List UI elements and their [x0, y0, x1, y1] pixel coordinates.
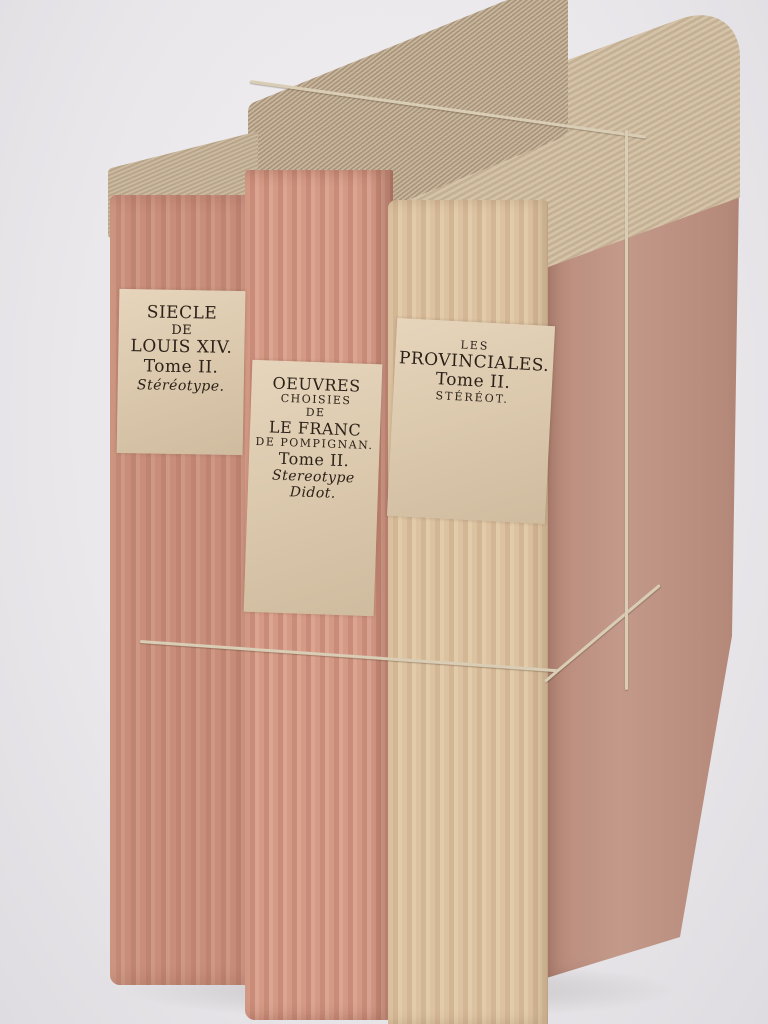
twine-vertical	[625, 130, 628, 690]
spine-label-left: SIECLE DE LOUIS XIV. Tome II. Stéréotype…	[117, 289, 246, 455]
label-line: LOUIS XIV.	[118, 337, 244, 359]
label-line: Tome II.	[118, 357, 244, 379]
spine-label-middle: OEUVRES CHOISIES DE LE FRANC DE POMPIGNA…	[244, 360, 383, 616]
label-line: SIECLE	[119, 303, 245, 325]
spine-label-right: LES PROVINCIALES. Tome II. STÉRÉOT.	[387, 318, 555, 524]
photo-scene: SIECLE DE LOUIS XIV. Tome II. Stéréotype…	[0, 0, 768, 1024]
label-line: Stéréotype.	[118, 376, 244, 394]
label-line: Didot.	[248, 483, 378, 504]
